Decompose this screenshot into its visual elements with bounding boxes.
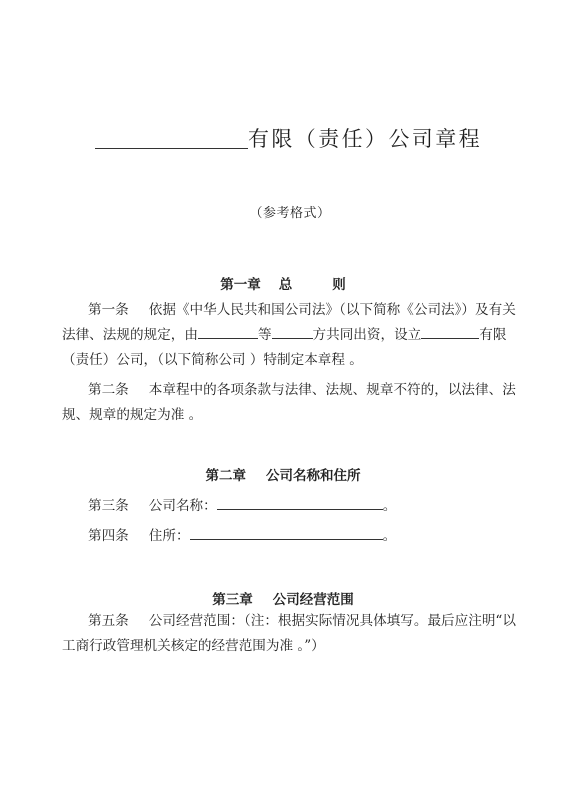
chapter-1-title-b: 则: [332, 277, 346, 293]
article-1-line-1: 第一条依据《中华人民共和国公司法》（以下简称《公司法》）及有关: [88, 298, 516, 323]
article-2-label: 第二条: [88, 382, 129, 398]
article-1-text-2a: 法律、法规的规定，由: [62, 327, 198, 343]
chapter-3-title: 公司经营范围: [273, 592, 354, 608]
article-5-line-1: 第五条公司经营范围：（注：根据实际情况具体填写。最后应注明“以: [88, 609, 516, 634]
chapter-1-number: 第一章: [220, 277, 261, 293]
chapter-3-heading: 第三章公司经营范围: [0, 588, 566, 608]
article-5-text-1: 公司经营范围：（注：根据实际情况具体填写。最后应注明“以: [149, 613, 516, 629]
chapter-2-title: 公司名称和住所: [266, 468, 361, 484]
address-field[interactable]: [190, 525, 383, 540]
chapter-1-title-a: 总: [279, 277, 293, 293]
article-5-line-2: 工商行政管理机关核定的经营范围为准 。”）: [62, 634, 325, 659]
article-1-text-2d: 有限: [479, 327, 506, 343]
document-title: 有限（责任）公司章程: [95, 124, 482, 152]
chapter-3-number: 第三章: [212, 592, 253, 608]
article-3: 第三条公司名称：。: [88, 494, 396, 519]
article-2-line-2: 规、规章的规定为准 。: [62, 403, 202, 428]
chapter-1-heading: 第一章总则: [0, 273, 566, 293]
article-1-text-2b: 等: [258, 327, 272, 343]
chapter-2-heading: 第二章公司名称和住所: [0, 464, 566, 484]
article-1-line-2: 法律、法规的规定，由等方共同出资，设立有限: [62, 323, 506, 348]
article-2-text-1: 本章程中的各项条款与法律、法规、规章不符的，以法律、法: [149, 382, 516, 398]
article-1-text-2c: 方共同出资，设立: [313, 327, 422, 343]
article-4-field-label: 住所：: [149, 528, 190, 544]
company-blank[interactable]: [421, 324, 479, 339]
chapter-2-number: 第二章: [206, 468, 247, 484]
article-4-end: 。: [383, 528, 397, 544]
article-2-line-1: 第二条本章程中的各项条款与法律、法规、规章不符的，以法律、法: [88, 378, 516, 403]
company-name-blank[interactable]: [95, 126, 248, 149]
investor-blank[interactable]: [198, 324, 258, 339]
title-text: 有限（责任）公司章程: [248, 126, 482, 152]
article-5-label: 第五条: [88, 613, 129, 629]
article-1-line-3: （责任）公司，（以下简称公司 ）特制定本章程 。: [62, 348, 363, 373]
article-3-end: 。: [383, 498, 397, 514]
article-4: 第四条住所：。: [88, 524, 396, 549]
article-3-field-label: 公司名称：: [149, 498, 217, 514]
company-name-field[interactable]: [217, 495, 383, 510]
article-1-label: 第一条: [88, 302, 129, 318]
article-4-label: 第四条: [88, 528, 129, 544]
subtitle: （参考格式）: [0, 202, 566, 221]
article-1-text-1: 依据《中华人民共和国公司法》（以下简称《公司法》）及有关: [149, 302, 516, 318]
party-count-blank[interactable]: [272, 324, 313, 339]
article-3-label: 第三条: [88, 498, 129, 514]
